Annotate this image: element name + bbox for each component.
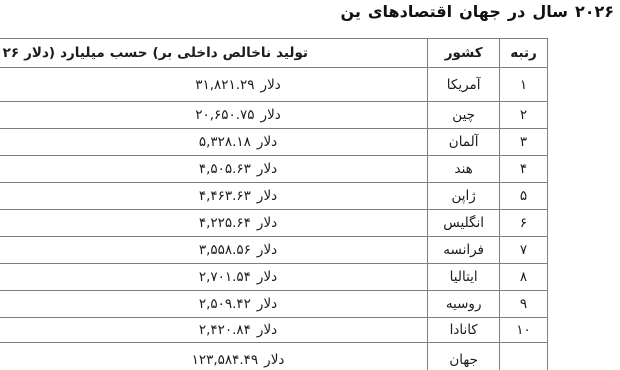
cell-country: آمریکا [428, 68, 500, 101]
cell-gdp: ۲,۴۲۰.۸۴دلار [0, 318, 428, 342]
gdp-value: ۴,۴۶۳.۶۳دلار [0, 188, 428, 204]
cell-gdp: ۵,۳۲۸.۱۸دلار [0, 129, 428, 155]
text-token: دلار [261, 77, 281, 93]
text-token: دلار [257, 161, 277, 177]
text-token: در [508, 2, 525, 21]
gdp-value: ۳,۵۵۸.۵۶دلار [0, 242, 428, 258]
text-token: ۳,۵۵۸.۵۶ [199, 242, 251, 258]
text-token: جهان [459, 2, 501, 21]
table-header-row: تولیدناخالصداخلی(برحسبمیلیارددلار)۲۶ کشو… [0, 39, 548, 68]
table-row: ۵,۳۲۸.۱۸دلارآلمان۳ [0, 129, 548, 156]
cell-country: فرانسه [428, 237, 500, 263]
text-token: (بر [153, 45, 173, 61]
cell-rank [500, 343, 548, 370]
cell-gdp: ۴,۵۰۵.۶۳دلار [0, 156, 428, 182]
text-token: ۲۰۲۶ [575, 2, 614, 21]
table-row: ۴,۵۰۵.۶۳دلارهند۴ [0, 156, 548, 183]
text-token: دلار [261, 107, 281, 123]
text-token: ۴,۲۲۵.۶۴ [199, 215, 251, 231]
table-row: ۲,۴۲۰.۸۴دلارکانادا۱۰ [0, 318, 548, 343]
cell-rank: ۸ [500, 264, 548, 290]
text-token: دلار [257, 242, 277, 258]
table-body: ۳۱,۸۲۱.۲۹دلارآمریکا۱۲۰,۶۵۰.۷۵دلارچین۲۵,۳… [0, 68, 548, 343]
cell-gdp: ۲,۵۰۹.۴۲دلار [0, 291, 428, 317]
cell-gdp: ۴,۲۲۵.۶۴دلار [0, 210, 428, 236]
cell-gdp: ۴,۴۶۳.۶۳دلار [0, 183, 428, 209]
cell-country: روسیه [428, 291, 500, 317]
cell-rank: ۱ [500, 68, 548, 101]
cell-country: ژاپن [428, 183, 500, 209]
text-token: ۳۱,۸۲۱.۲۹ [195, 77, 254, 93]
cell-rank: ۳ [500, 129, 548, 155]
cell-rank: ۹ [500, 291, 548, 317]
text-token: دلار [264, 352, 284, 368]
text-token: ۲,۵۰۹.۴۲ [199, 296, 251, 312]
cell-country: ایتالیا [428, 264, 500, 290]
gdp-value: ۲,۷۰۱.۵۴دلار [0, 269, 428, 285]
cell-country: کانادا [428, 318, 500, 342]
table-row: ۴,۴۶۳.۶۳دلارژاپن۵ [0, 183, 548, 210]
page-title: یناقتصادهایجهاندرسال۲۰۲۶ [0, 2, 614, 21]
cell-rank: ۲ [500, 102, 548, 128]
table-footer-row: ۱۲۳,۵۸۴.۴۹دلار جهان [0, 343, 548, 370]
cell-gdp: ۲,۷۰۱.۵۴دلار [0, 264, 428, 290]
header-cell-gdp: تولیدناخالصداخلی(برحسبمیلیارددلار)۲۶ [0, 39, 428, 67]
cell-gdp: ۳۱,۸۲۱.۲۹دلار [0, 68, 428, 101]
cell-gdp: ۱۲۳,۵۸۴.۴۹دلار [0, 343, 428, 370]
table-row: ۲۰,۶۵۰.۷۵دلارچین۲ [0, 102, 548, 129]
text-token: اقتصادهای [368, 2, 452, 21]
gdp-value: ۲,۴۲۰.۸۴دلار [0, 322, 428, 338]
table-row: ۲,۷۰۱.۵۴دلارایتالیا۸ [0, 264, 548, 291]
cell-rank: ۴ [500, 156, 548, 182]
header-cell-country: کشور [428, 39, 500, 67]
text-token: ۲,۷۰۱.۵۴ [199, 269, 251, 285]
gdp-value: ۴,۵۰۵.۶۳دلار [0, 161, 428, 177]
text-token: ۲۶ [3, 45, 19, 61]
gdp-value: ۵,۳۲۸.۱۸دلار [0, 134, 428, 150]
gdp-value: ۳۱,۸۲۱.۲۹دلار [0, 77, 428, 93]
text-token: داخلی [177, 45, 217, 61]
gdp-value: ۲۰,۶۵۰.۷۵دلار [0, 107, 428, 123]
header-gdp-label: تولیدناخالصداخلی(برحسبمیلیارددلار)۲۶ [0, 45, 308, 61]
table-row: ۴,۲۲۵.۶۴دلارانگلیس۶ [0, 210, 548, 237]
text-token: میلیارد [60, 45, 105, 61]
table-row: ۳,۵۵۸.۵۶دلارفرانسه۷ [0, 237, 548, 264]
table-row: ۳۱,۸۲۱.۲۹دلارآمریکا۱ [0, 68, 548, 102]
cell-rank: ۶ [500, 210, 548, 236]
cell-country: آلمان [428, 129, 500, 155]
text-token: ۲,۴۲۰.۸۴ [199, 322, 251, 338]
cell-country: جهان [428, 343, 500, 370]
cell-country: انگلیس [428, 210, 500, 236]
text-token: ۴,۵۰۵.۶۳ [199, 161, 251, 177]
text-token: دلار) [24, 45, 55, 61]
cell-country: هند [428, 156, 500, 182]
text-token: ۵,۳۲۸.۱۸ [199, 134, 251, 150]
gdp-value: ۱۲۳,۵۸۴.۴۹دلار [0, 352, 428, 368]
gdp-table: تولیدناخالصداخلی(برحسبمیلیارددلار)۲۶ کشو… [0, 38, 548, 370]
cell-rank: ۱۰ [500, 318, 548, 342]
text-token: ناخالص [223, 45, 271, 61]
cell-rank: ۷ [500, 237, 548, 263]
text-token: ین [340, 2, 360, 21]
cell-gdp: ۳,۵۵۸.۵۶دلار [0, 237, 428, 263]
gdp-value: ۴,۲۲۵.۶۴دلار [0, 215, 428, 231]
text-token: حسب [110, 45, 148, 61]
text-token: سال [532, 2, 568, 21]
header-cell-rank: رتبه [500, 39, 548, 67]
gdp-value: ۲,۵۰۹.۴۲دلار [0, 296, 428, 312]
text-token: دلار [257, 322, 277, 338]
text-token: دلار [257, 296, 277, 312]
text-token: دلار [257, 134, 277, 150]
text-token: تولید [276, 45, 308, 61]
cell-country: چین [428, 102, 500, 128]
text-token: دلار [257, 215, 277, 231]
screenshot-root: یناقتصادهایجهاندرسال۲۰۲۶ تولیدناخالصداخل… [0, 0, 620, 370]
text-token: دلار [257, 269, 277, 285]
cell-gdp: ۲۰,۶۵۰.۷۵دلار [0, 102, 428, 128]
text-token: ۲۰,۶۵۰.۷۵ [195, 107, 254, 123]
text-token: ۱۲۳,۵۸۴.۴۹ [192, 352, 259, 368]
table-row: ۲,۵۰۹.۴۲دلارروسیه۹ [0, 291, 548, 318]
cell-rank: ۵ [500, 183, 548, 209]
text-token: دلار [257, 188, 277, 204]
text-token: ۴,۴۶۳.۶۳ [199, 188, 251, 204]
